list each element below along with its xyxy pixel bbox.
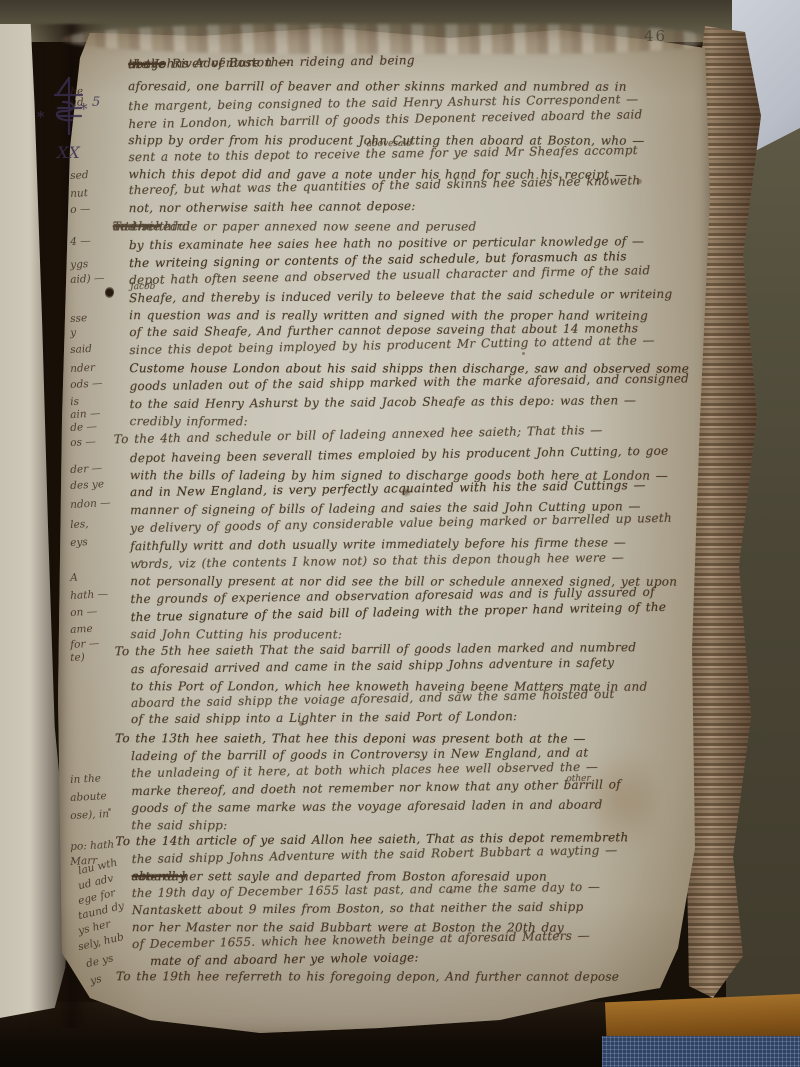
line-text: as aforesaid arrived and came in the sai… — [131, 655, 615, 676]
line-text: credibly informed: — [130, 414, 248, 428]
line-text: To the 13th hee saieth, That hee this de… — [115, 731, 586, 745]
line-text: marke thereof, and doeth not remember no… — [131, 777, 621, 798]
line-text: the unladeing of it here, at both which … — [131, 760, 598, 781]
line-text: aforesaid, one barrill of beaver and oth… — [128, 79, 627, 93]
line-text-after: in the River of Boston — — [128, 55, 290, 71]
line-text: depot haveing been severall times emploi… — [130, 444, 669, 466]
manuscript-photo: 46 * * 5 XX he ud sed — [0, 0, 800, 1067]
line-text: goods of the same marke was the voyage a… — [131, 797, 602, 815]
line-text: to the said Henry Ashurst by the said Ja… — [130, 393, 637, 411]
line-text: To the 19th hee referreth to his foregoi… — [116, 969, 619, 983]
line-text: mate of and aboard her ye whole voiage: — [150, 950, 419, 968]
line-text: the said shipp: — [131, 818, 227, 832]
line-text: said John Cutting his producent: — [131, 627, 343, 641]
line-text: in question was and is really written an… — [129, 308, 648, 322]
line-text: words, viz (the contents I know not) so … — [130, 550, 624, 571]
manuscript-text: the Johns Adventure then rideing and bei… — [0, 0, 800, 1067]
line-text: Nantaskett about 9 miles from Boston, so… — [132, 900, 584, 918]
line-text: of the said shipp into a Lighter in the … — [131, 709, 517, 726]
struck-word: saterday — [132, 869, 187, 883]
line-text: Sheafe, and thereby is induced verily to… — [129, 287, 672, 305]
line-text: not, nor otherwise saith hee cannot depo… — [129, 199, 416, 215]
line-text-after: and schedule or paper annexed now seene … — [113, 219, 477, 233]
